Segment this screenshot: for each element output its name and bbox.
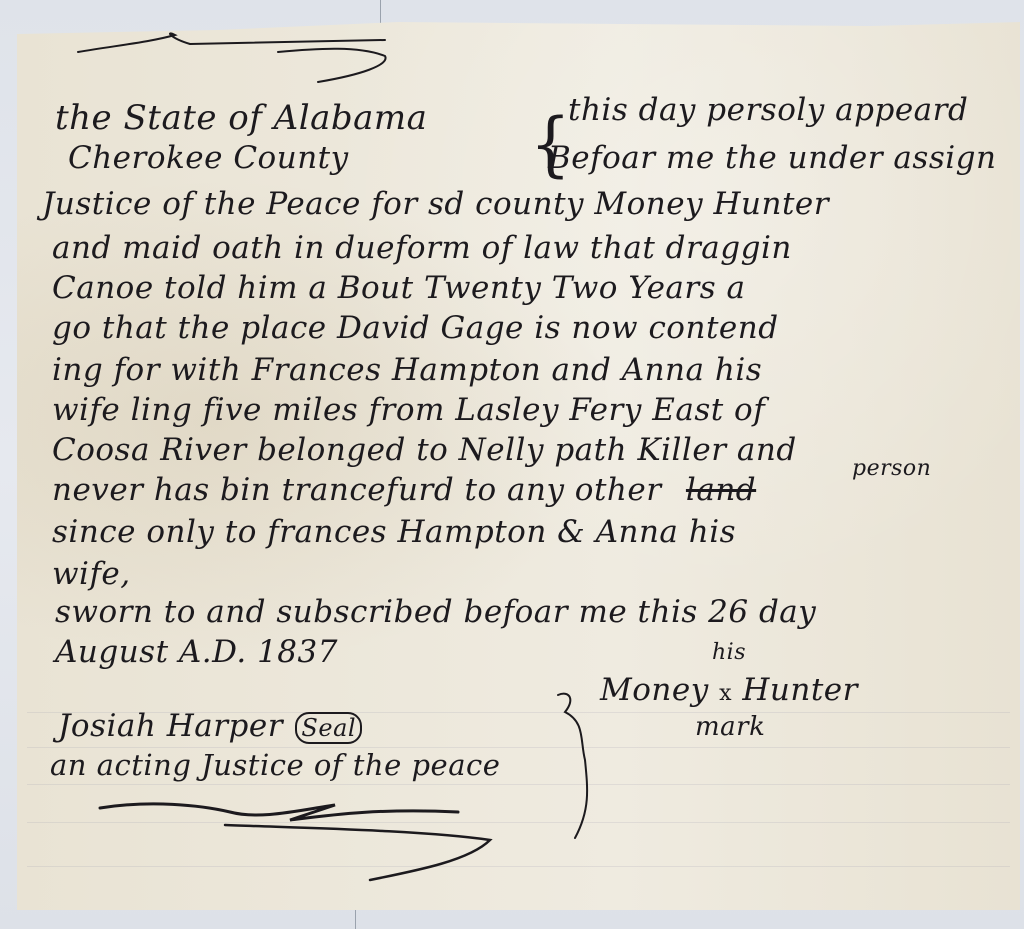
signature-flourishes (0, 0, 1024, 929)
